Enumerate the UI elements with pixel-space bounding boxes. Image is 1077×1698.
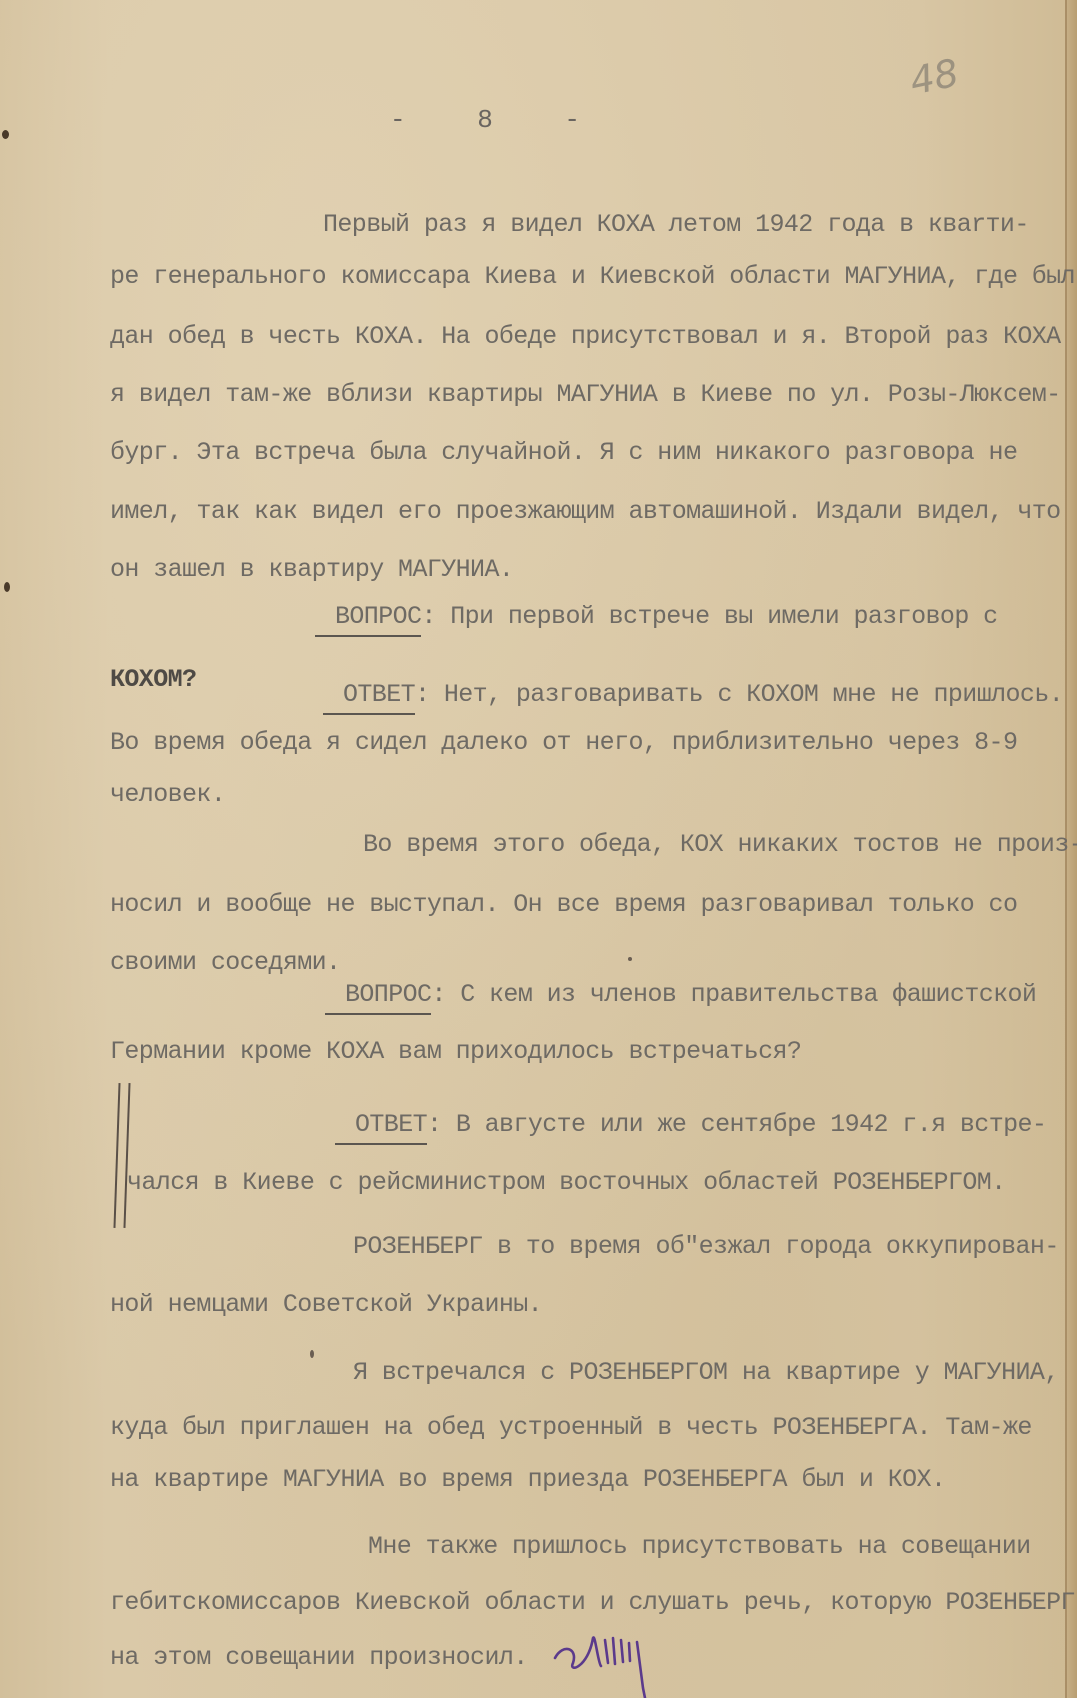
ink-dot (310, 1350, 314, 1358)
folio-number: 48 (906, 50, 962, 103)
question-label: ВОПРОС (345, 980, 431, 1009)
question-text: : При первой встрече вы имели разговор с (421, 602, 997, 631)
text-line: дан обед в честь КОХА. На обеде присутст… (110, 322, 1061, 351)
text-line: Первый раз я видел КОХА летом 1942 года … (323, 210, 1029, 239)
text-line: куда был приглашен на обед устроенный в … (110, 1413, 1032, 1442)
text-line: на квартире МАГУНИА во время приезда РОЗ… (110, 1465, 945, 1494)
text-line: чался в Киеве с рейсминистром восточных … (127, 1168, 1006, 1197)
text-line: имел, так как видел его проезжающим авто… (110, 497, 1061, 526)
text-line: Во время этого обеда, КОХ никаких тостов… (363, 830, 1077, 859)
question-line: ВОПРОС: При первой встрече вы имели разг… (335, 602, 998, 631)
text-line: КОХОМ? (110, 665, 196, 694)
document-page: 48 - 8 - Первый раз я видел КОХА летом 1… (0, 0, 1077, 1698)
answer-line: ОТВЕТ: В августе или же сентябре 1942 г.… (355, 1110, 1046, 1139)
margin-mark (123, 1083, 130, 1228)
page-number: - 8 - (390, 105, 608, 135)
text-line: он зашел в квартиру МАГУНИА. (110, 555, 513, 584)
ink-dot (628, 957, 632, 961)
text-line: Мне также пришлось присутствовать на сов… (368, 1532, 1031, 1561)
answer-text: : В августе или же сентябре 1942 г.я вст… (427, 1110, 1046, 1139)
text-line: своими соседями. (110, 948, 340, 977)
text-line: носил и вообще не выступал. Он все время… (110, 890, 1017, 919)
text-line: гебитскомиссаров Киевской области и слуш… (110, 1588, 1075, 1617)
text-line: РОЗЕНБЕРГ в то время об"езжал города окк… (353, 1232, 1059, 1261)
question-line: ВОПРОС: С кем из членов правительства фа… (345, 980, 1036, 1009)
text-line: ре генерального комиссара Киева и Киевск… (110, 262, 1075, 291)
answer-label: ОТВЕТ (355, 1110, 427, 1139)
answer-label: ОТВЕТ (343, 680, 415, 709)
text-line: Я встречался с РОЗЕНБЕРГОМ на квартире у… (353, 1358, 1059, 1387)
text-line: Германии кроме КОХА вам приходилось встр… (110, 1037, 801, 1066)
text-line: на этом совещании произносил. (110, 1643, 528, 1672)
text-line: ной немцами Советской Украины. (110, 1290, 542, 1319)
text-line: бург. Эта встреча была случайной. Я с ни… (110, 438, 1017, 467)
margin-speck (4, 582, 10, 592)
question-text: : С кем из членов правительства фашистск… (431, 980, 1036, 1009)
text-line: Во время обеда я сидел далеко от него, п… (110, 728, 1017, 757)
signature (553, 1628, 673, 1698)
margin-mark (113, 1083, 120, 1228)
margin-speck (2, 130, 9, 139)
text-line: я видел там-же вблизи квартиры МАГУНИА в… (110, 380, 1061, 409)
answer-text: : Нет, разговаривать с КОХОМ мне не приш… (415, 680, 1063, 709)
text-line: человек. (110, 780, 225, 809)
answer-line: ОТВЕТ: Нет, разговаривать с КОХОМ мне не… (343, 680, 1063, 709)
question-label: ВОПРОС (335, 602, 421, 631)
